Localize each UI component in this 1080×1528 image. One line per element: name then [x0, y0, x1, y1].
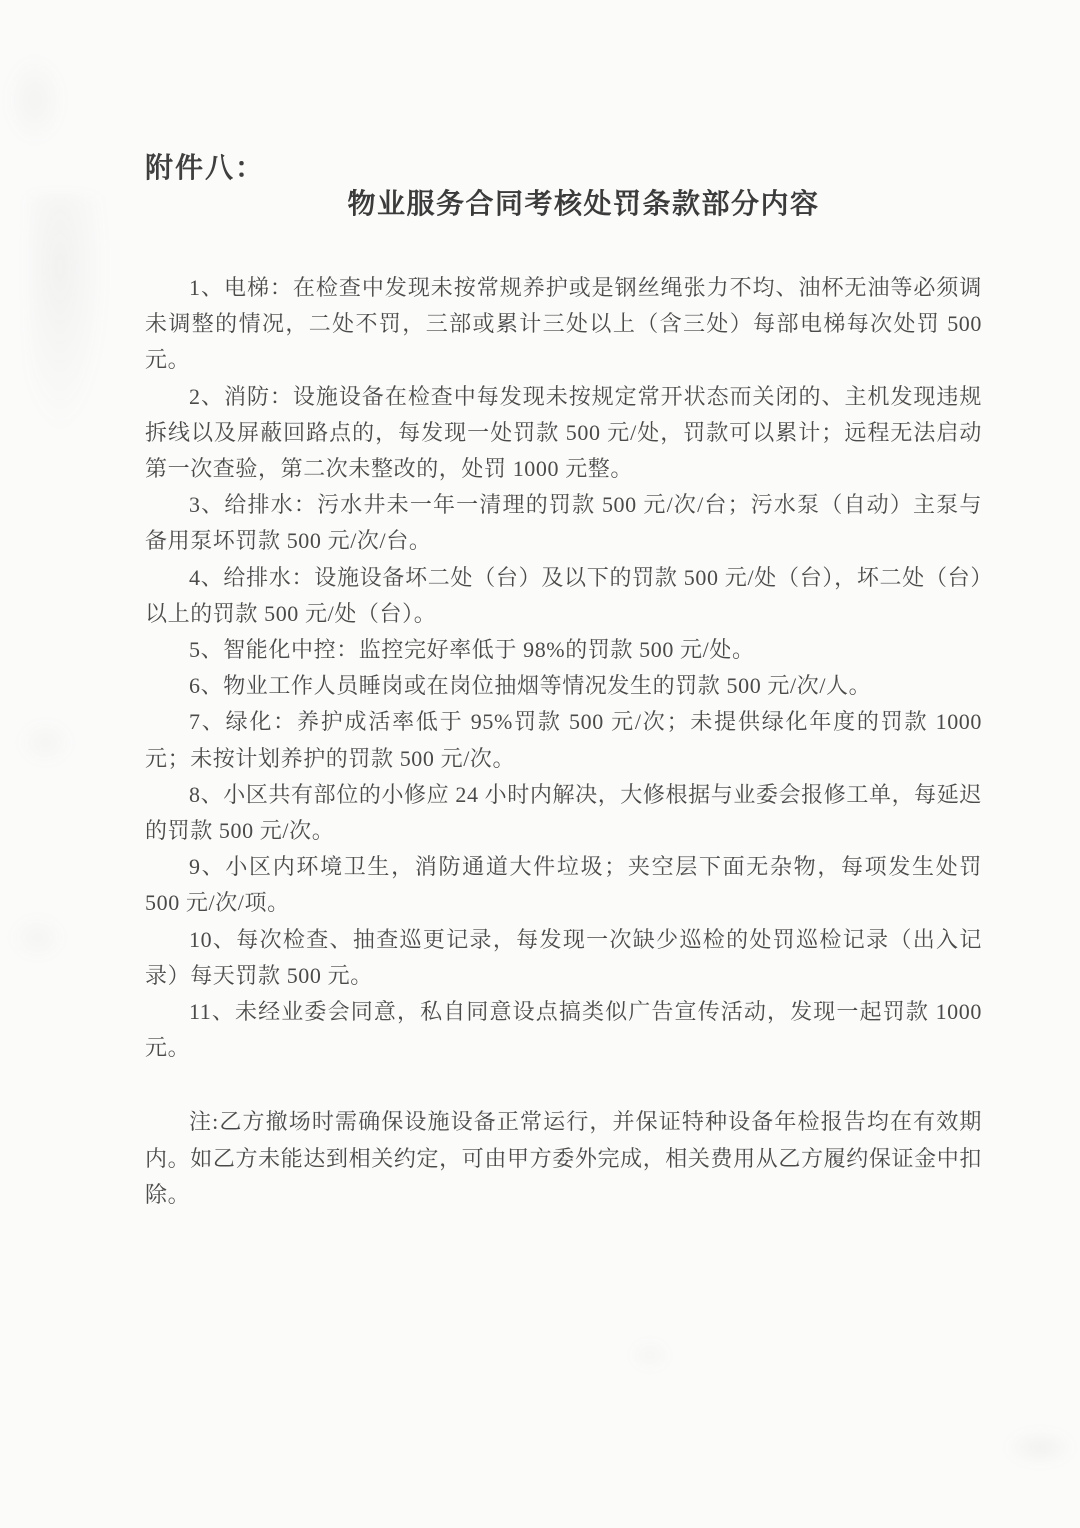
penalty-item-11: 11、未经业委会同意，私自同意设点搞类似广告宣传活动，发现一起罚款 1000 元… [145, 994, 982, 1066]
scan-smudge [1005, 1430, 1075, 1465]
penalty-item-2: 2、消防：设施设备在检查中每发现未按规定常开状态而关闭的、主机发现违规拆线以及屏… [145, 379, 982, 488]
penalty-item-5: 5、智能化中控：监控完好率低于 98%的罚款 500 元/处。 [145, 632, 982, 668]
penalty-items-list: 1、电梯：在检查中发现未按常规养护或是钢丝绳张力不均、油杯无油等必须调未调整的情… [145, 270, 982, 1066]
scan-smudge [28, 195, 108, 435]
penalty-item-3: 3、给排水：污水井未一年一清理的罚款 500 元/次/台；污水泵（自动）主泵与备… [145, 487, 982, 559]
penalty-item-4: 4、给排水：设施设备坏二处（台）及以下的罚款 500 元/处（台），坏二处（台）… [145, 560, 982, 632]
attachment-label: 附件八： [145, 150, 982, 188]
scan-smudge [10, 915, 65, 960]
penalty-item-6: 6、物业工作人员睡岗或在岗位抽烟等情况发生的罚款 500 元/次/人。 [145, 668, 982, 704]
penalty-item-1: 1、电梯：在检查中发现未按常规养护或是钢丝绳张力不均、油杯无油等必须调未调整的情… [145, 270, 982, 379]
penalty-item-8: 8、小区共有部位的小修应 24 小时内解决，大修根据与业委会报修工单，每延迟的罚… [145, 777, 982, 849]
closing-note: 注:乙方撤场时需确保设施设备正常运行，并保证特种设备年检报告均在有效期内。如乙方… [145, 1104, 982, 1213]
scan-smudge [18, 720, 73, 765]
scanned-document-page: 附件八： 物业服务合同考核处罚条款部分内容 1、电梯：在检查中发现未按常规养护或… [0, 0, 1080, 1528]
penalty-item-10: 10、每次检查、抽查巡更记录，每发现一次缺少巡检的处罚巡检记录（出入记录）每天罚… [145, 922, 982, 994]
penalty-item-7: 7、绿化：养护成活率低于 95%罚款 500 元/次；未提供绿化年度的罚款 10… [145, 704, 982, 776]
scan-smudge [630, 1340, 670, 1370]
scan-smudge [5, 55, 65, 145]
penalty-item-9: 9、小区内环境卫生，消防通道大件垃圾；夹空层下面无杂物，每项发生处罚 500 元… [145, 849, 982, 921]
document-title: 物业服务合同考核处罚条款部分内容 [145, 186, 982, 224]
